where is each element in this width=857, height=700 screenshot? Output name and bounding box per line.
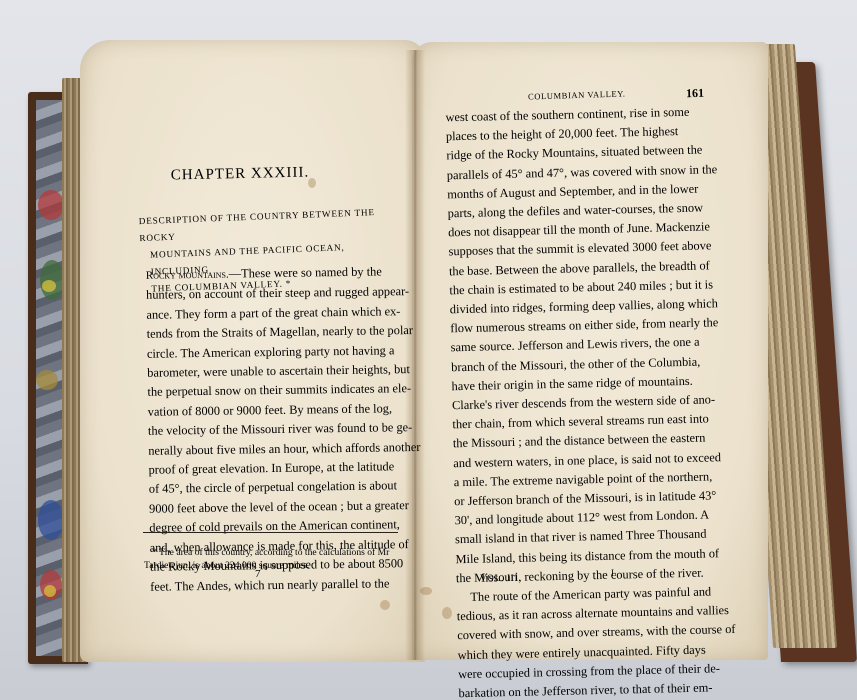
right-page-body: west coast of the southern continent, ri… [445,102,748,700]
book-gutter [405,50,425,660]
footnote-line: Tardieu jun. is about 224,000 square mil… [144,559,404,572]
signature-volume: VOL. III. [480,573,521,583]
open-book: CHAPTER XXXIII. DESCRIPTION OF THE COUNT… [0,0,857,700]
footnote: * The area of this country, according to… [144,546,404,572]
left-page-number: 7 [255,568,261,580]
signature-mark: L [611,568,617,578]
footnote-divider [143,532,398,533]
footnote-line: * The area of this country, according to… [144,546,404,559]
text-line: feet. The Andes, which run nearly parall… [150,574,400,597]
lead-in: Rocky mountains. [146,269,229,282]
right-page-number: 161 [686,86,704,101]
